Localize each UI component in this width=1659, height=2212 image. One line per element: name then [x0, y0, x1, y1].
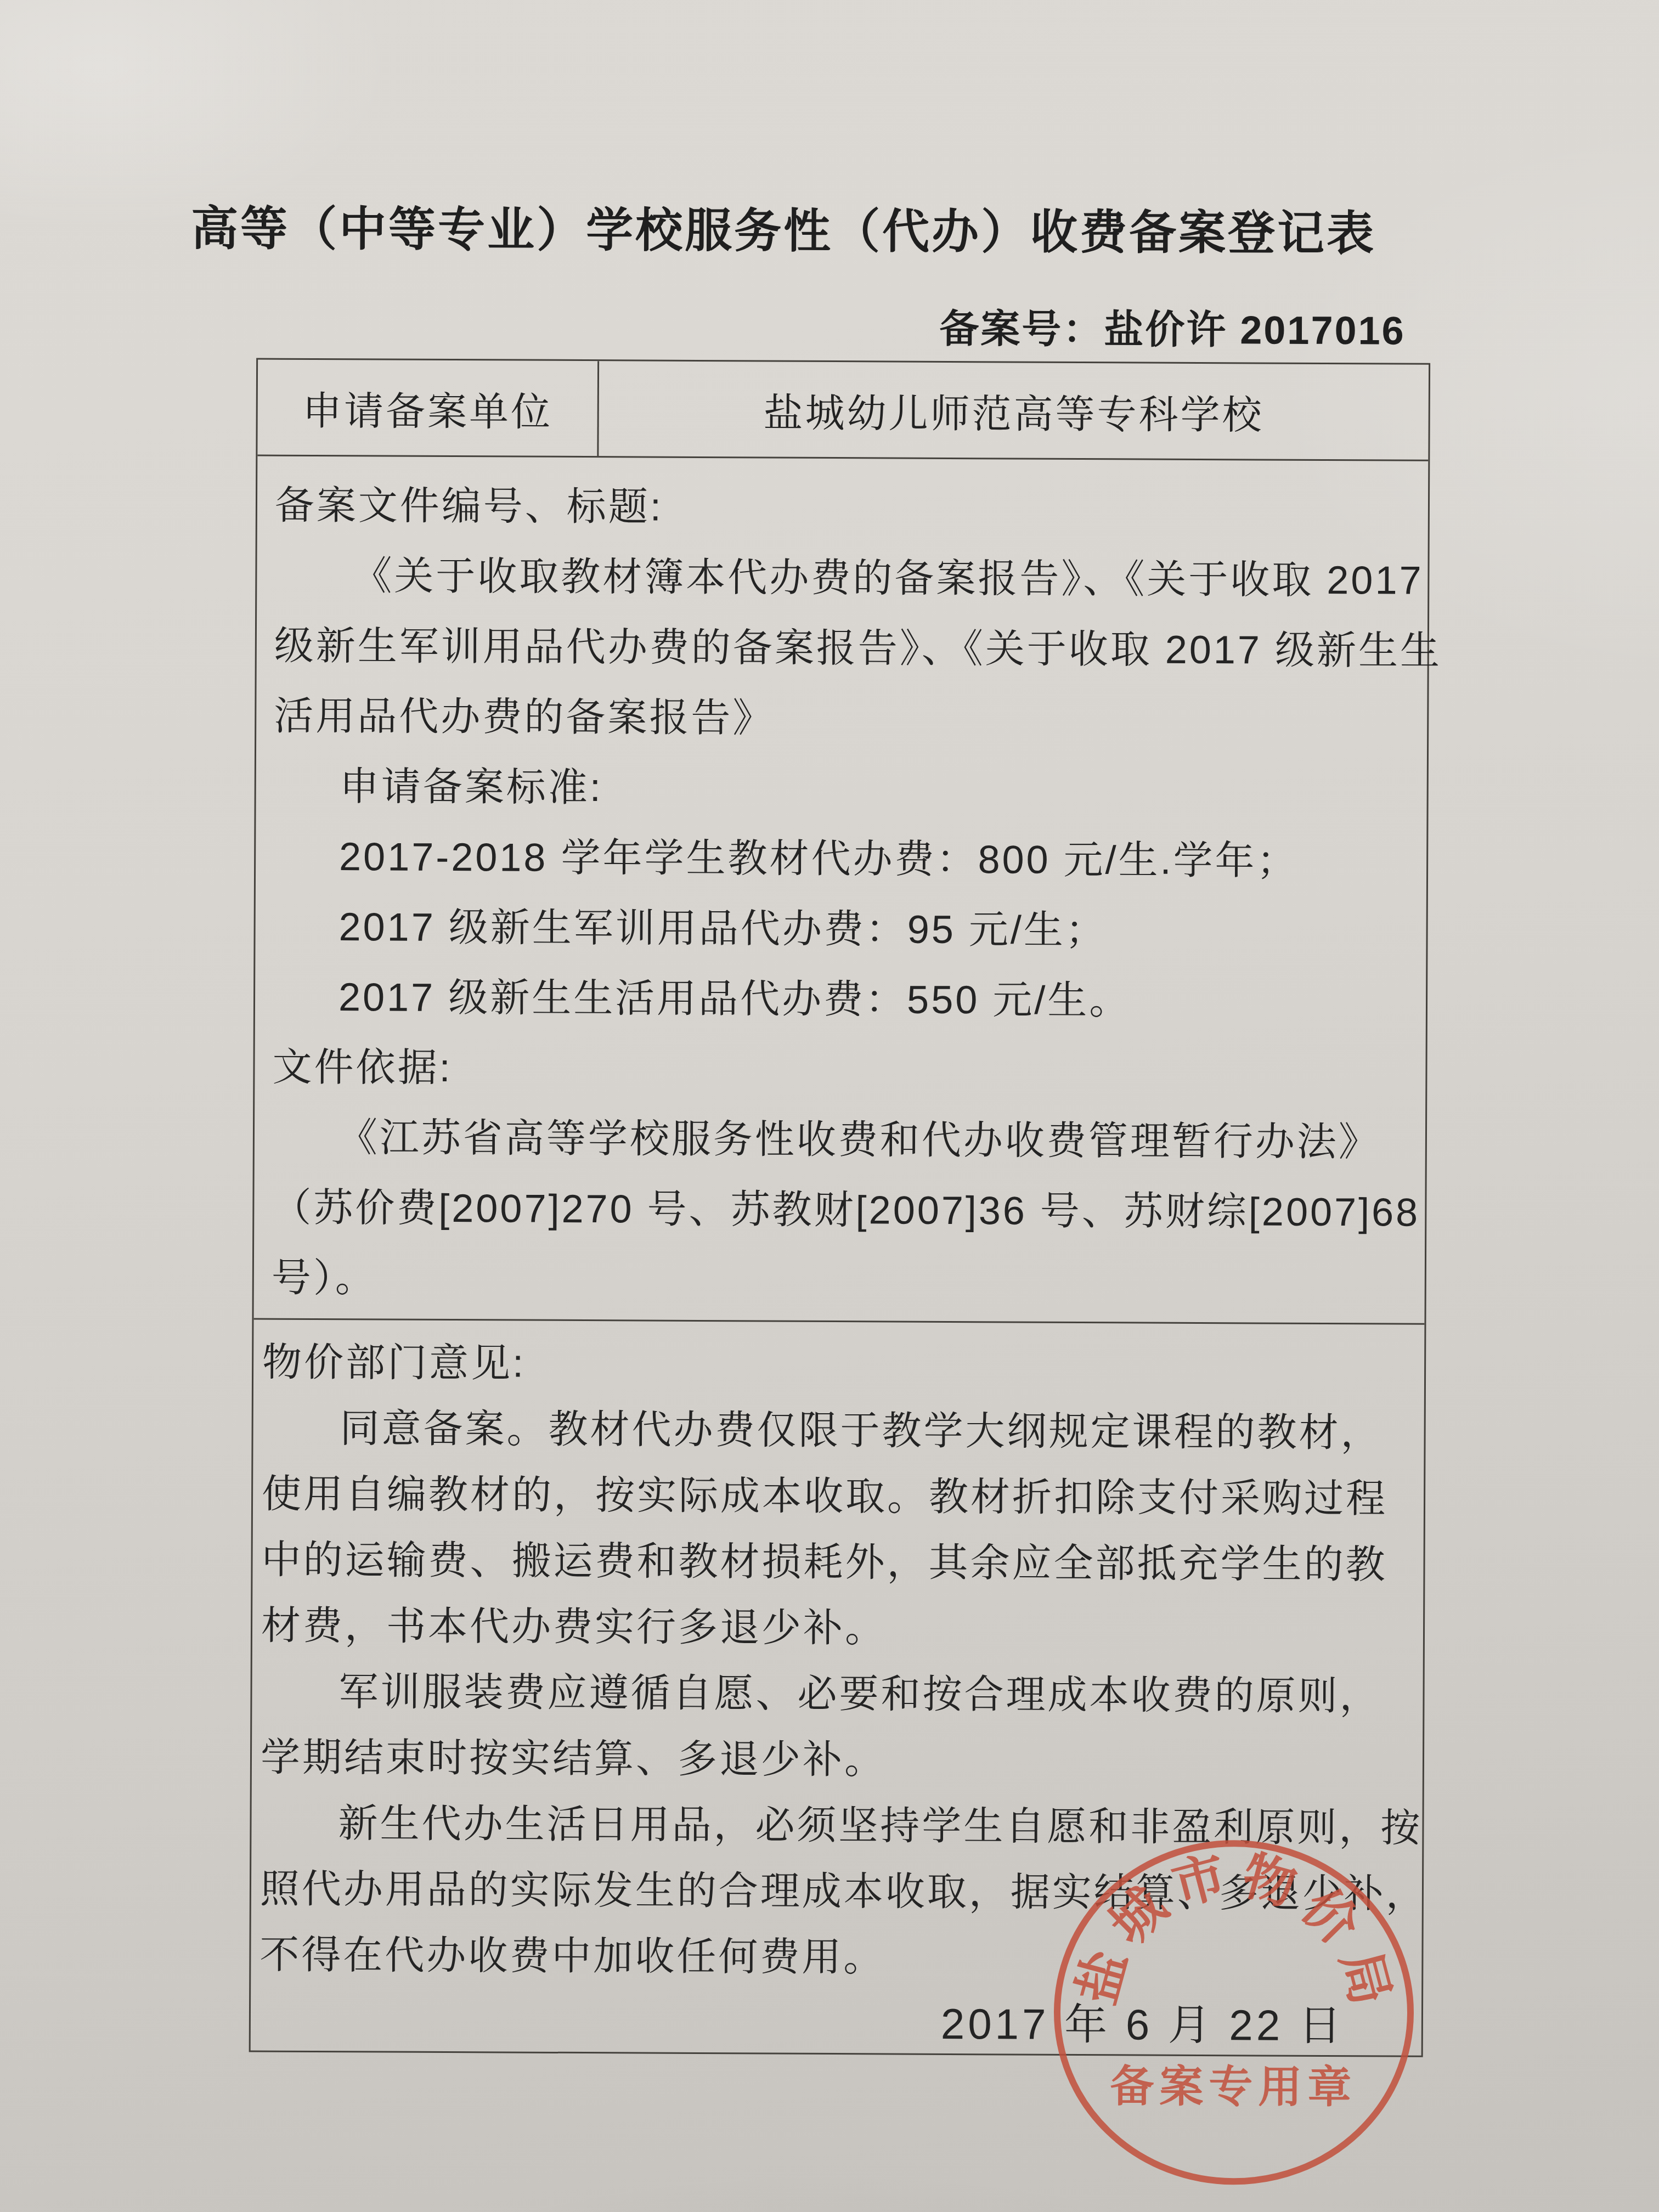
- svg-text:市: 市: [1166, 1846, 1232, 1916]
- filing-table: 申请备案单位 盐城幼儿师范高等专科学校 备案文件编号、标题: 《关于收取教材簿本…: [249, 358, 1430, 2057]
- standard-line: 2017 级新生军训用品代办费：95 元/生；: [273, 892, 1410, 967]
- applicant-value-cell: 盐城幼儿师范高等专科学校: [599, 361, 1429, 460]
- official-seal-icon: 盐 城 市 物 价 局 备案专用章: [1043, 1828, 1424, 2203]
- document-photo: 高等（中等专业）学校服务性（代办）收费备案登记表 备案号：盐价许 2017016…: [0, 0, 1659, 2212]
- paper-page: 高等（中等专业）学校服务性（代办）收费备案登记表 备案号：盐价许 2017016…: [0, 0, 1659, 2212]
- opinion-line: 学期结束时按实结算、多退少补。: [261, 1725, 1407, 1796]
- svg-text:局: 局: [1330, 1945, 1401, 2011]
- opinion-line: 同意备案。教材代办费仅限于教学大纲规定课程的教材，: [262, 1396, 1408, 1466]
- page-title: 高等（中等专业）学校服务性（代办）收费备案登记表: [158, 190, 1409, 264]
- svg-text:盐: 盐: [1068, 1944, 1138, 2010]
- standard-line: 2017-2018 学年学生教材代办费：800 元/生.学年；: [273, 822, 1410, 897]
- filing-line: 活用品代办费的备案报告》: [274, 681, 1411, 757]
- standards-heading: 申请备案标准:: [273, 752, 1410, 827]
- opinion-line: 中的运输费、搬运费和教材损耗外，其余应全部抵充学生的教: [261, 1527, 1407, 1598]
- filing-line: 级新生军训用品代办费的备案报告》、《关于收取 2017 级新生生: [274, 611, 1412, 686]
- basis-line: （苏价费[2007]270 号、苏教财[2007]36 号、苏财综[2007]6…: [272, 1173, 1409, 1248]
- opinion-line: 使用自编教材的，按实际成本收取。教材折扣除支付采购过程: [262, 1462, 1408, 1532]
- seal-ring: [1057, 1843, 1412, 2182]
- seal-caption: 备案专用章: [1110, 2062, 1357, 2112]
- applicant-label-cell: 申请备案单位: [257, 359, 599, 456]
- opinion-heading: 物价部门意见:: [262, 1330, 1408, 1401]
- record-number: 备案号：盐价许 2017016: [939, 297, 1406, 356]
- filing-heading: 备案文件编号、标题:: [275, 471, 1412, 546]
- filing-line: 《关于收取教材簿本代办费的备案报告》、《关于收取 2017: [274, 541, 1412, 616]
- applicant-row: 申请备案单位 盐城幼儿师范高等专科学校: [257, 359, 1429, 461]
- svg-text:物: 物: [1236, 1846, 1302, 1916]
- opinion-line: 军训服装费应遵循自愿、必要和按合理成本收费的原则，: [261, 1659, 1407, 1730]
- standard-line: 2017 级新生生活用品代办费：550 元/生。: [273, 962, 1410, 1037]
- basis-line: 《江苏省高等学校服务性收费和代办收费管理暂行办法》: [272, 1103, 1409, 1178]
- seal-org-text: 盐 城 市 物 价 局: [1068, 1845, 1401, 2011]
- filing-details-cell: 备案文件编号、标题: 《关于收取教材簿本代办费的备案报告》、《关于收取 2017…: [253, 456, 1428, 1324]
- basis-line: 号）。: [272, 1243, 1409, 1318]
- opinion-line: 材费，书本代办费实行多退少补。: [261, 1593, 1407, 1664]
- basis-heading: 文件依据:: [272, 1032, 1409, 1108]
